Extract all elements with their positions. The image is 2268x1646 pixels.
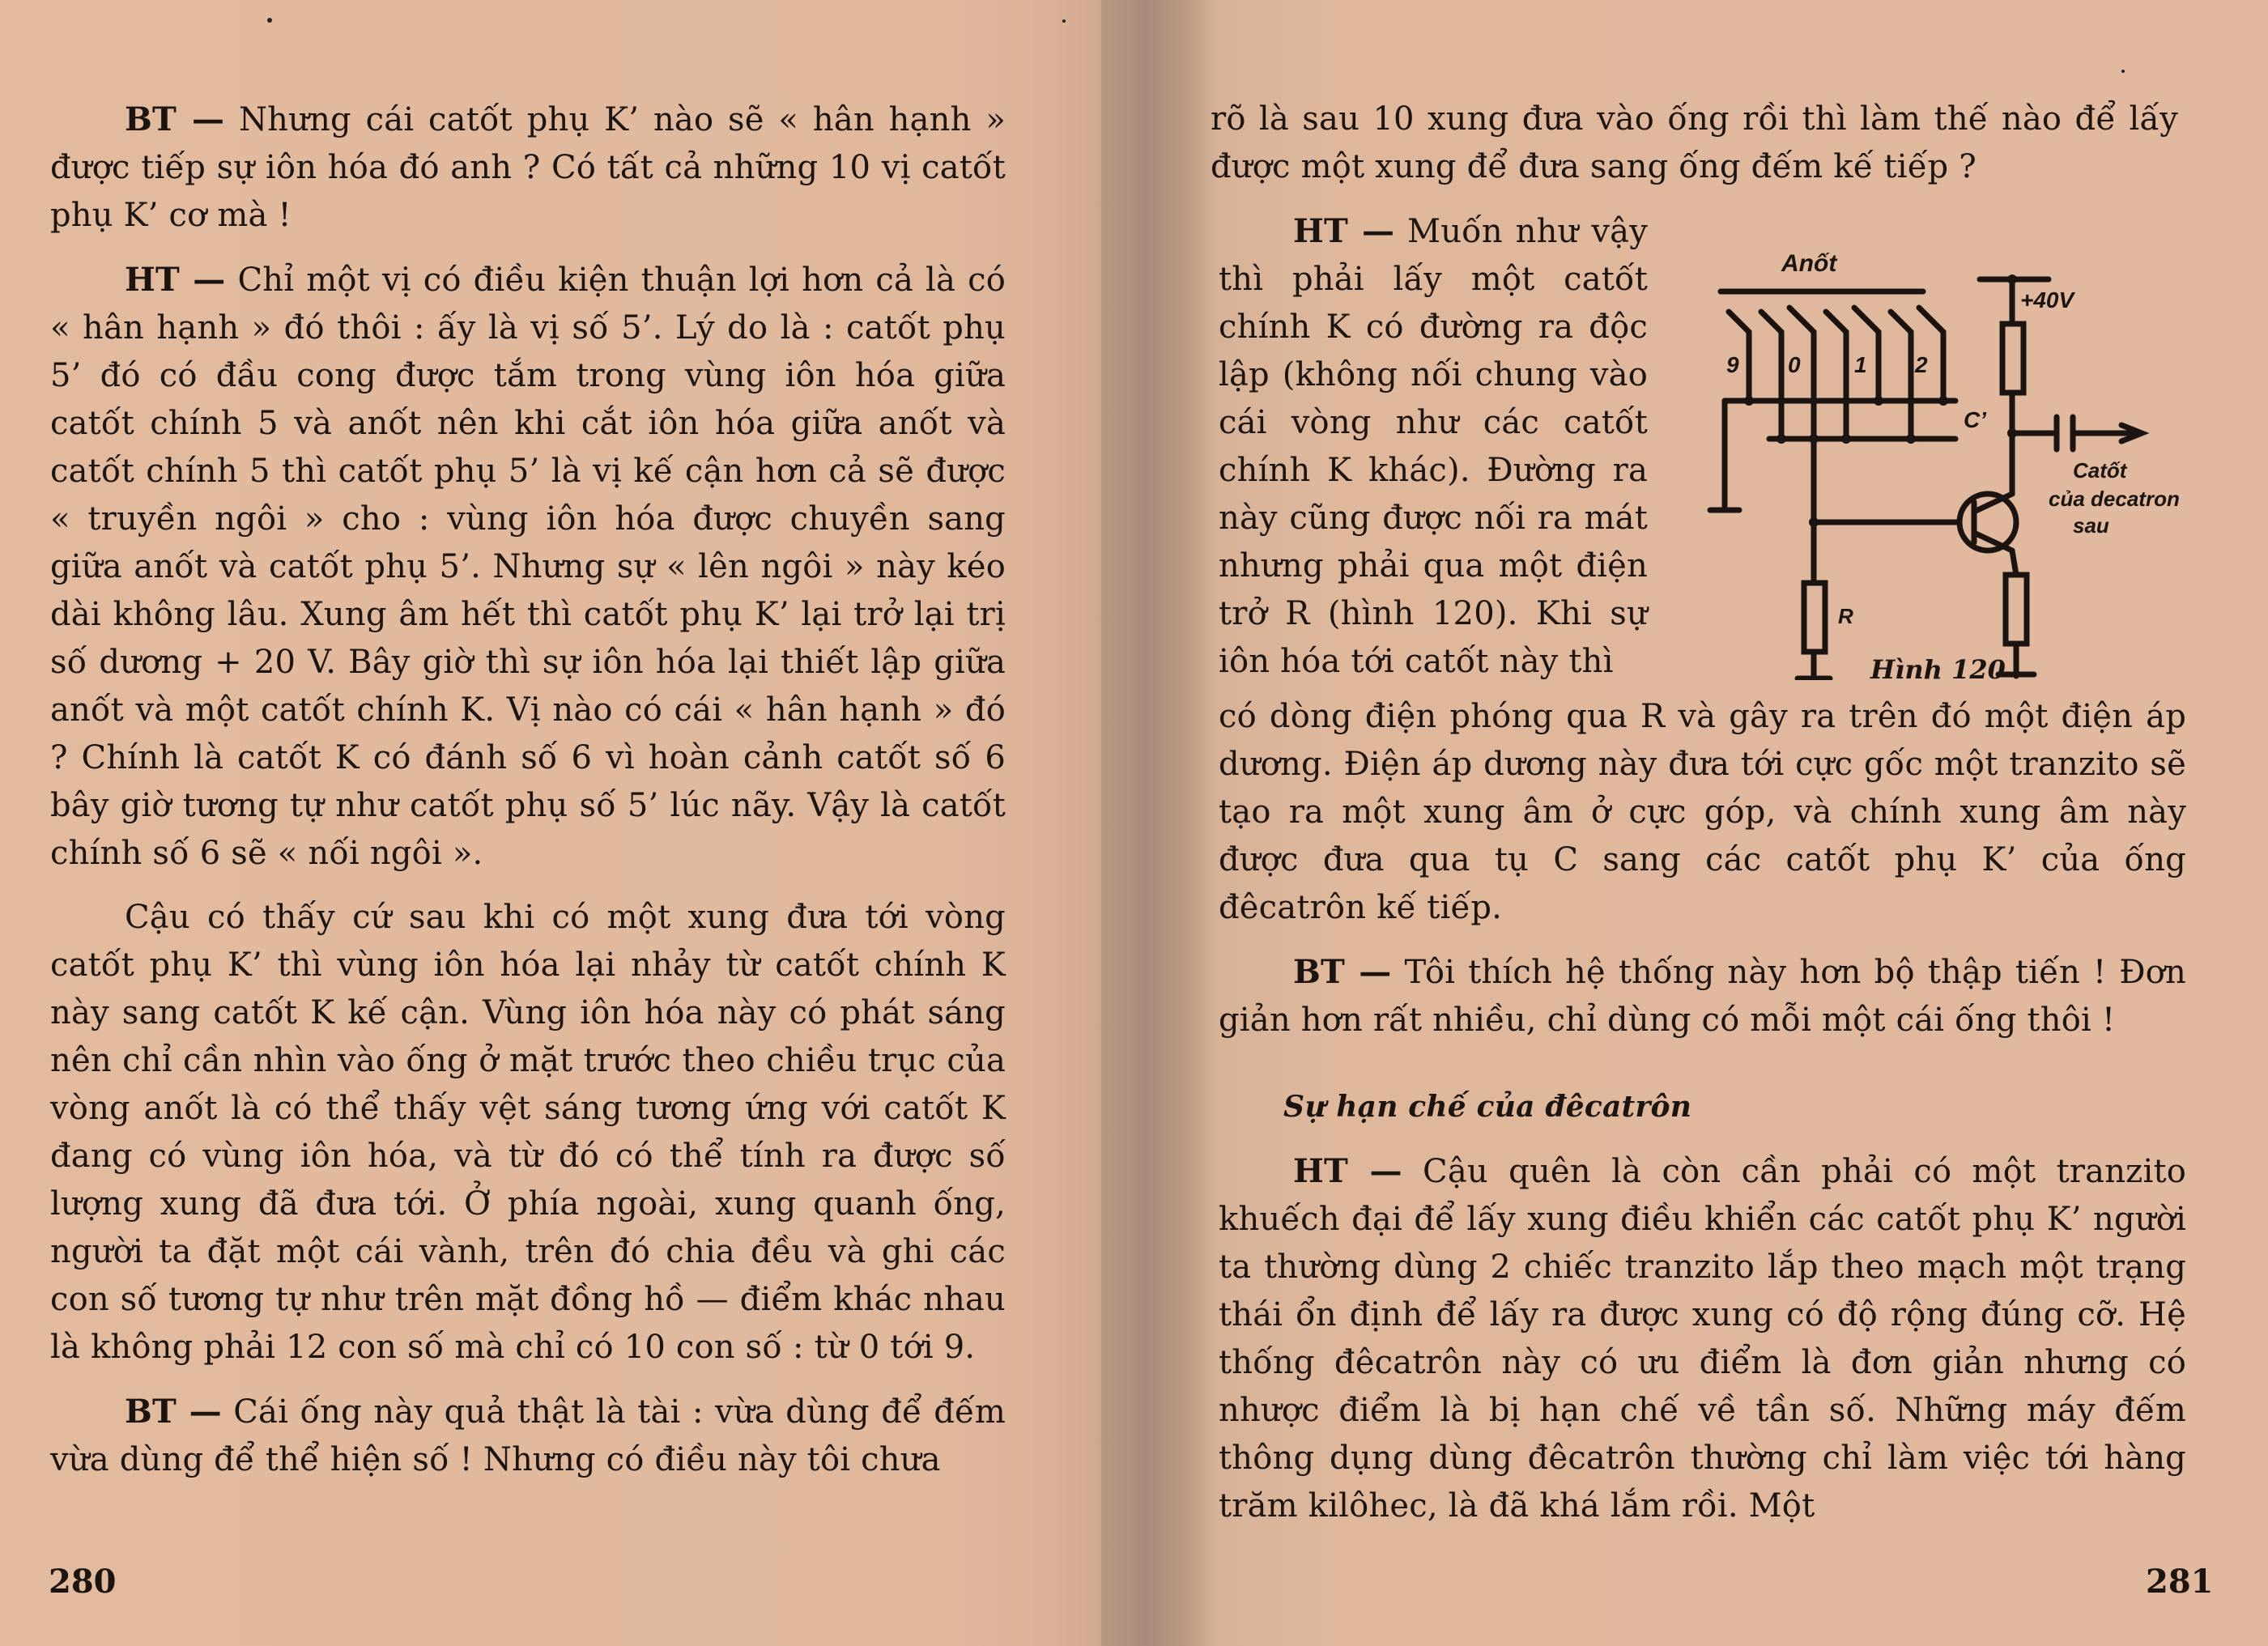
paragraph-text: có dòng điện phóng qua R và gây ra trên …	[1219, 693, 2186, 932]
paragraph-text: Chỉ một vị có điều kiện thuận lợi hơn cả…	[50, 262, 1006, 872]
resistor-label: R	[1838, 604, 1853, 628]
output-label-line1: Catốt	[2073, 458, 2128, 483]
section-heading: Sự hạn chế của đêcatrôn	[1283, 1083, 2186, 1131]
speaker-label: HT —	[125, 261, 225, 299]
circuit-diagram: Anốt +40V 9 0 1 2 C’ R Catốt của decatro…	[1692, 227, 2251, 680]
speaker-label: HT —	[1293, 212, 1394, 250]
paper-speck	[2121, 70, 2125, 73]
circuit-figure: Anốt +40V 9 0 1 2 C’ R Catốt của decatro…	[1692, 227, 2251, 680]
right-page-wrapped-text: HT — Muốn như vậy thì phải lấy một catốt…	[1219, 207, 1648, 686]
paragraph: BT — Cái ống này quả thật là tài : vừa d…	[50, 1388, 1006, 1484]
paragraph: BT — Nhưng cái catốt phụ K’ nào sẽ « hân…	[50, 96, 1006, 240]
speaker-label: BT —	[1293, 953, 1391, 991]
page-number-left: 280	[49, 1563, 117, 1601]
anode-label: Anốt	[1781, 250, 1838, 277]
book-gutter	[1097, 0, 1219, 1646]
right-page-body: có dòng điện phóng qua R và gây ra trên …	[1219, 693, 2186, 1530]
right-page-continuation: rõ là sau 10 xung đưa vào ống rồi thì là…	[1211, 96, 2178, 191]
paragraph-text: rõ là sau 10 xung đưa vào ống rồi thì là…	[1211, 96, 2178, 191]
paragraph: BT — Tôi thích hệ thống này hơn bộ thập …	[1219, 948, 2186, 1044]
paragraph-text: Muốn như vậy thì phải lấy một catốt chín…	[1219, 213, 1648, 680]
cathode-label-0: 0	[1788, 352, 1801, 377]
output-label-line2: của decatron	[2049, 487, 2180, 511]
speaker-label: BT —	[125, 1393, 222, 1431]
cathode-label-2: 2	[1914, 352, 1928, 377]
paragraph-text: Cậu có thấy cứ sau khi có một xung đưa t…	[50, 899, 1006, 1366]
speaker-label: BT —	[125, 100, 224, 138]
figure-caption: Hình 120	[1870, 654, 2006, 685]
book-spread: BT — Nhưng cái catốt phụ K’ nào sẽ « hân…	[0, 0, 2268, 1646]
paper-speck	[1062, 19, 1066, 23]
page-number-right: 281	[2146, 1563, 2214, 1601]
paragraph-text: Cậu quên là còn cần phải có một tranzito…	[1219, 1153, 2186, 1525]
paragraph: HT — Muốn như vậy thì phải lấy một catốt…	[1219, 207, 1648, 686]
cathode-label-1: 1	[1854, 352, 1867, 377]
cathode-label-9: 9	[1726, 352, 1739, 377]
capacitor-label: C’	[1964, 407, 1987, 432]
supply-label: +40V	[2020, 287, 2075, 313]
paper-speck	[267, 18, 272, 23]
output-label-line3: sau	[2073, 513, 2109, 538]
paragraph: Cậu có thấy cứ sau khi có một xung đưa t…	[50, 894, 1006, 1372]
paragraph: HT — Cậu quên là còn cần phải có một tra…	[1219, 1147, 2186, 1530]
speaker-label: HT —	[1293, 1152, 1402, 1190]
paragraph: HT — Chỉ một vị có điều kiện thuận lợi h…	[50, 256, 1006, 878]
left-page-body: BT — Nhưng cái catốt phụ K’ nào sẽ « hân…	[50, 96, 1006, 1484]
